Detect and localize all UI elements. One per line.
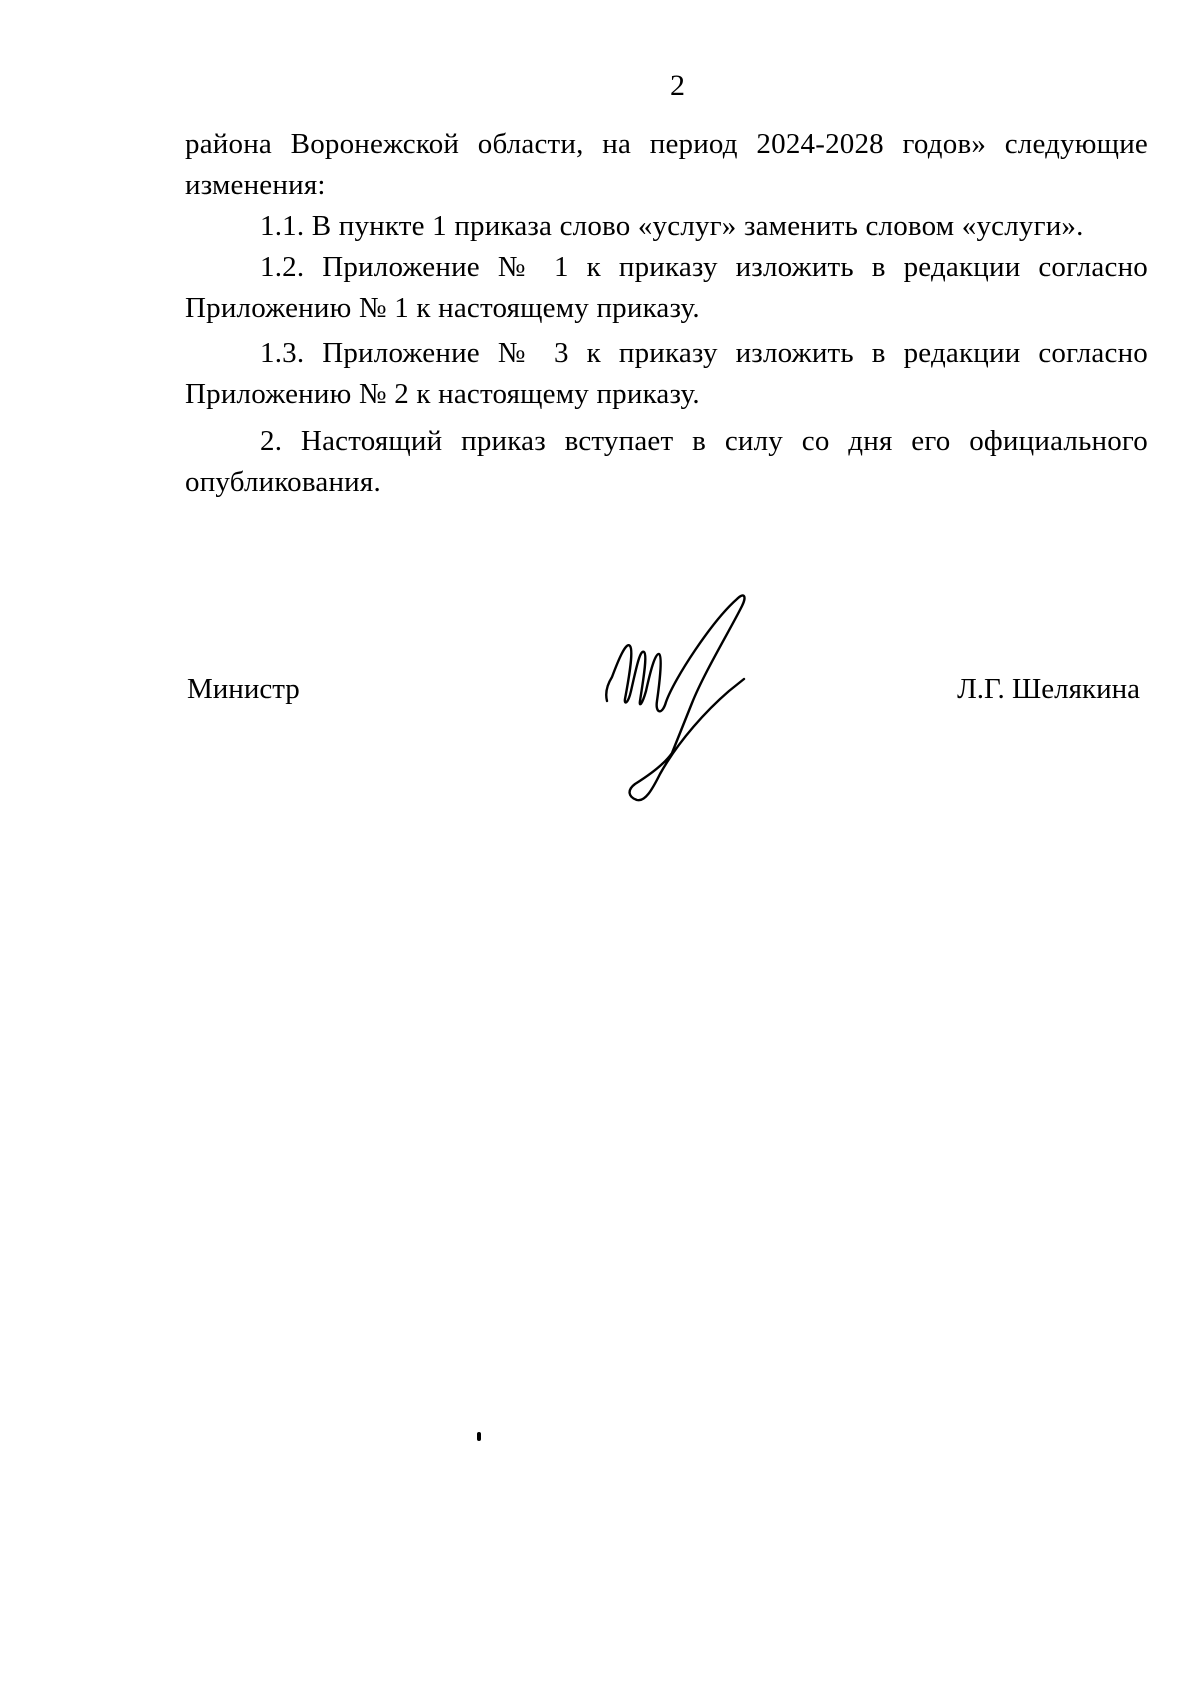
handwritten-signature-icon bbox=[600, 583, 750, 805]
minister-role-label: Министр bbox=[187, 669, 300, 710]
signatory-name: Л.Г. Шелякина bbox=[957, 669, 1140, 710]
text-line: опубликования. bbox=[185, 462, 1148, 503]
document-body: района Воронежской области, на период 20… bbox=[185, 124, 1148, 503]
document-page: 2 района Воронежской области, на период … bbox=[0, 0, 1200, 1705]
text-line: 1.1. В пункте 1 приказа слово «услуг» за… bbox=[185, 206, 1148, 247]
text-line: района Воронежской области, на период 20… bbox=[185, 124, 1148, 165]
stray-ink-mark bbox=[477, 1432, 481, 1441]
text-line: 2. Настоящий приказ вступает в силу со д… bbox=[185, 421, 1148, 462]
text-line: изменения: bbox=[185, 165, 1148, 206]
text-line: Приложению № 2 к настоящему приказу. bbox=[185, 374, 1148, 415]
text-line: 1.3. Приложение № 3 к приказу изложить в… bbox=[185, 333, 1148, 374]
page-number: 2 bbox=[185, 66, 1170, 106]
text-line: 1.2. Приложение № 1 к приказу изложить в… bbox=[185, 247, 1148, 288]
text-line: Приложению № 1 к настоящему приказу. bbox=[185, 288, 1148, 329]
